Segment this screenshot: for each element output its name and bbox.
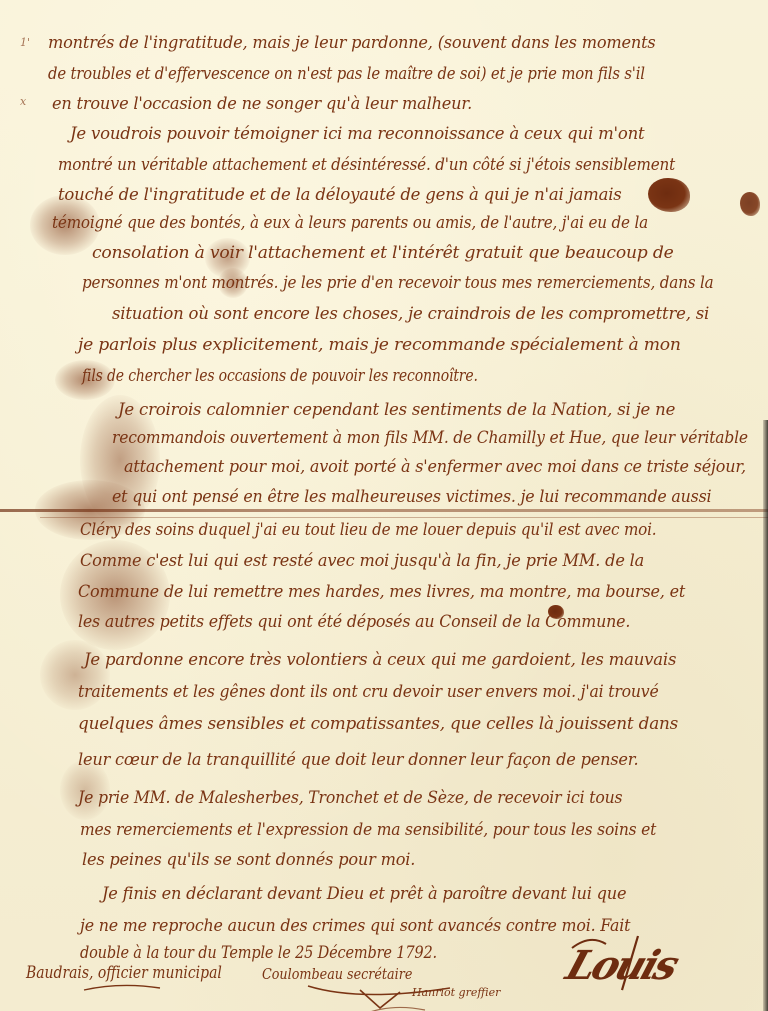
manuscript-line: et qui ont pensé en être les malheureuse… <box>112 489 711 506</box>
margin-mark: x <box>20 95 26 108</box>
manuscript-page: 1' x montrés de l'ingratitude, mais je l… <box>0 0 768 1011</box>
manuscript-line: Je croirois calomnier cependant les sent… <box>118 402 675 419</box>
manuscript-line: Je prie MM. de Malesherbes, Tronchet et … <box>78 790 622 807</box>
manuscript-line: touché de l'ingratitude et de la déloyau… <box>58 187 622 204</box>
margin-mark: 1' <box>20 36 30 49</box>
name-underline-flourish <box>80 980 170 1000</box>
page-edge <box>763 420 768 1011</box>
manuscript-line: Cléry des soins duquel j'ai eu tout lieu… <box>80 522 656 539</box>
manuscript-line: Je pardonne encore très volontiers à ceu… <box>84 652 676 669</box>
manuscript-line: Comme c'est lui qui est resté avec moi j… <box>80 553 644 570</box>
manuscript-line: les peines qu'ils se sont donnés pour mo… <box>82 852 415 869</box>
manuscript-line: mes remerciements et l'expression de ma … <box>80 822 656 839</box>
manuscript-line: double à la tour du Temple le 25 Décembr… <box>80 945 437 962</box>
manuscript-line: en trouve l'occasion de ne songer qu'à l… <box>52 96 472 113</box>
signature-flourish <box>560 930 670 1010</box>
manuscript-line: Je finis en déclarant devant Dieu et prê… <box>102 886 626 903</box>
manuscript-line: montré un véritable attachement et désin… <box>58 157 675 174</box>
manuscript-line: leur cœur de la tranquillité que doit le… <box>78 752 638 769</box>
manuscript-line: recommandois ouvertement à mon fils MM. … <box>112 430 748 447</box>
manuscript-line: je ne me reproche aucun des crimes qui s… <box>80 918 630 935</box>
paraph-flourish <box>300 978 500 1011</box>
manuscript-line: consolation à voir l'attachement et l'in… <box>92 245 674 262</box>
manuscript-line: attachement pour moi, avoit porté à s'en… <box>124 459 746 476</box>
manuscript-line: de troubles et d'effervescence on n'est … <box>48 66 645 83</box>
manuscript-line: fils de chercher les occasions de pouvoi… <box>82 368 478 385</box>
manuscript-line: quelques âmes sensibles et compatissante… <box>78 716 678 733</box>
manuscript-line: témoigné que des bontés, à eux à leurs p… <box>52 215 648 232</box>
fold-line <box>0 509 768 512</box>
ink-blot <box>740 192 760 216</box>
manuscript-line: les autres petits effets qui ont été dép… <box>78 614 630 631</box>
fold-line-shadow <box>40 517 768 518</box>
manuscript-line: situation où sont encore les choses, je … <box>112 306 709 323</box>
ink-blot <box>648 178 690 212</box>
manuscript-line: Je voudrois pouvoir témoigner ici ma rec… <box>70 126 644 143</box>
manuscript-line: Commune de lui remettre mes hardes, mes … <box>78 584 685 601</box>
manuscript-line: je parlois plus explicitement, mais je r… <box>78 337 681 354</box>
manuscript-line: personnes m'ont montrés. je les prie d'e… <box>82 275 714 292</box>
manuscript-line: montrés de l'ingratitude, mais je leur p… <box>48 35 656 52</box>
manuscript-line: traitements et les gênes dont ils ont cr… <box>78 684 659 701</box>
